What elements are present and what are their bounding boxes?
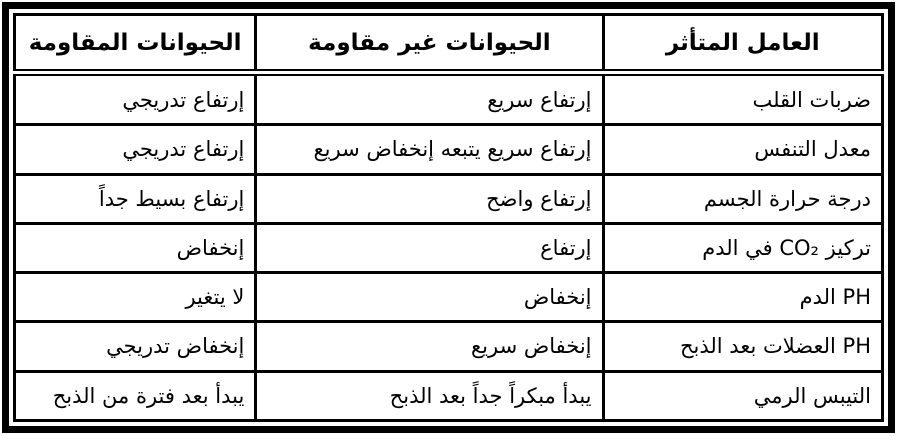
header-non-resistant-animals: الحيوانات غير مقاومة (256, 15, 603, 73)
cell-non-resistant: إنخفاض سريع (256, 322, 603, 371)
table-row: درجة حرارة الجسم إرتفاع واضح إرتفاع بسيط… (15, 174, 883, 223)
cell-non-resistant: إرتفاع سريع (256, 73, 603, 125)
header-row: العامل المتأثر الحيوانات غير مقاومة الحي… (15, 15, 883, 73)
cell-resistant: إرتفاع تدريجي (15, 125, 256, 174)
cell-non-resistant: إرتفاع واضح (256, 174, 603, 223)
cell-non-resistant: يبدأ مبكراً جداً بعد الذبح (256, 371, 603, 420)
animal-comparison-table: العامل المتأثر الحيوانات غير مقاومة الحي… (13, 13, 884, 422)
cell-factor: ضربات القلب (603, 73, 882, 125)
cell-resistant: إرتفاع بسيط جداً (15, 174, 256, 223)
cell-non-resistant: إرتفاع سريع يتبعه إنخفاض سريع (256, 125, 603, 174)
table-row: التيبس الرمي يبدأ مبكراً جداً بعد الذبح … (15, 371, 883, 420)
cell-resistant: إرتفاع تدريجي (15, 73, 256, 125)
cell-resistant: إنخفاض (15, 223, 256, 272)
cell-factor: درجة حرارة الجسم (603, 174, 882, 223)
table-row: معدل التنفس إرتفاع سريع يتبعه إنخفاض سري… (15, 125, 883, 174)
cell-factor: PH العضلات بعد الذبح (603, 322, 882, 371)
header-affected-factor: العامل المتأثر (603, 15, 882, 73)
cell-resistant: إنخفاض تدريجي (15, 322, 256, 371)
table-row: تركيز CO₂ في الدم إرتفاع إنخفاض (15, 223, 883, 272)
cell-resistant: لا يتغير (15, 273, 256, 322)
cell-resistant: يبدأ بعد فترة من الذبح (15, 371, 256, 420)
cell-factor: PH الدم (603, 273, 882, 322)
cell-non-resistant: إنخفاض (256, 273, 603, 322)
table-row: PH العضلات بعد الذبح إنخفاض سريع إنخفاض … (15, 322, 883, 371)
cell-factor: تركيز CO₂ في الدم (603, 223, 882, 272)
table-row: PH الدم إنخفاض لا يتغير (15, 273, 883, 322)
table-row: ضربات القلب إرتفاع سريع إرتفاع تدريجي (15, 73, 883, 125)
cell-factor: معدل التنفس (603, 125, 882, 174)
cell-factor: التيبس الرمي (603, 371, 882, 420)
cell-non-resistant: إرتفاع (256, 223, 603, 272)
header-resistant-animals: الحيوانات المقاومة (15, 15, 256, 73)
table-outer-frame: العامل المتأثر الحيوانات غير مقاومة الحي… (2, 2, 895, 433)
scanned-document-page: العامل المتأثر الحيوانات غير مقاومة الحي… (0, 0, 898, 436)
